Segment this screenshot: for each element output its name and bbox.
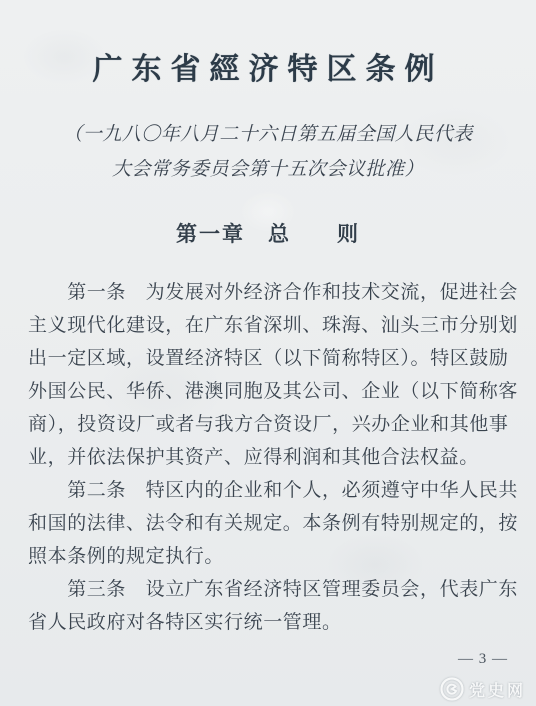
article: 第三条 设立广东省经济特区管理委员会，代表广东省人民政府对各特区实行统一管理。 <box>28 573 514 639</box>
document-title: 广东省經济特区条例 <box>0 44 536 88</box>
body-line: 商），投资设厂或者与我方合资设厂，兴办企业和其他事 <box>28 408 514 441</box>
watermark-text: 党史网 <box>469 678 526 701</box>
watermark-logo-icon <box>439 676 465 702</box>
body-line: 业，并依法保护其资产、应得利润和其他合法权益。 <box>28 441 514 474</box>
article: 第一条 为发展对外经济合作和技术交流，促进社会主义现代化建设，在广东省深圳、珠海… <box>28 276 514 474</box>
body-line: 主义现代化建设，在广东省深圳、珠海、汕头三市分别划 <box>28 309 514 342</box>
body-line: 和国的法律、法令和有关规定。本条例有特别规定的，按 <box>28 507 514 540</box>
article: 第二条 特区内的企业和个人，必须遵守中华人民共和国的法律、法令和有关规定。本条例… <box>28 474 514 573</box>
body-line: 外国公民、华侨、港澳同胞及其公司、企业（以下简称客 <box>28 375 514 408</box>
body-line: 出一定区域，设置经济特区（以下简称特区）。特区鼓励 <box>28 342 514 375</box>
chapter-heading: 第一章 总 则 <box>0 218 536 248</box>
body-line: 第二条 特区内的企业和个人，必须遵守中华人民共 <box>28 474 514 507</box>
body-line: 省人民政府对各特区实行统一管理。 <box>28 606 514 639</box>
articles: 第一条 为发展对外经济合作和技术交流，促进社会主义现代化建设，在广东省深圳、珠海… <box>28 276 514 639</box>
scanned-document-page: 广东省經济特区条例 （一九八〇年八月二十六日第五届全国人民代表 大会常务委员会第… <box>0 0 536 706</box>
approval-note-line: 大会常务委员会第十五次会议批准） <box>0 152 536 187</box>
page-number: — 3 — <box>458 651 508 668</box>
approval-note-line: （一九八〇年八月二十六日第五届全国人民代表 <box>0 117 536 152</box>
body-line: 第一条 为发展对外经济合作和技术交流，促进社会 <box>28 276 514 309</box>
body-line: 照本条例的规定执行。 <box>28 540 514 573</box>
body-line: 第三条 设立广东省经济特区管理委员会，代表广东 <box>28 573 514 606</box>
approval-note: （一九八〇年八月二十六日第五届全国人民代表 大会常务委员会第十五次会议批准） <box>0 117 536 187</box>
site-watermark: 党史网 <box>439 676 526 702</box>
